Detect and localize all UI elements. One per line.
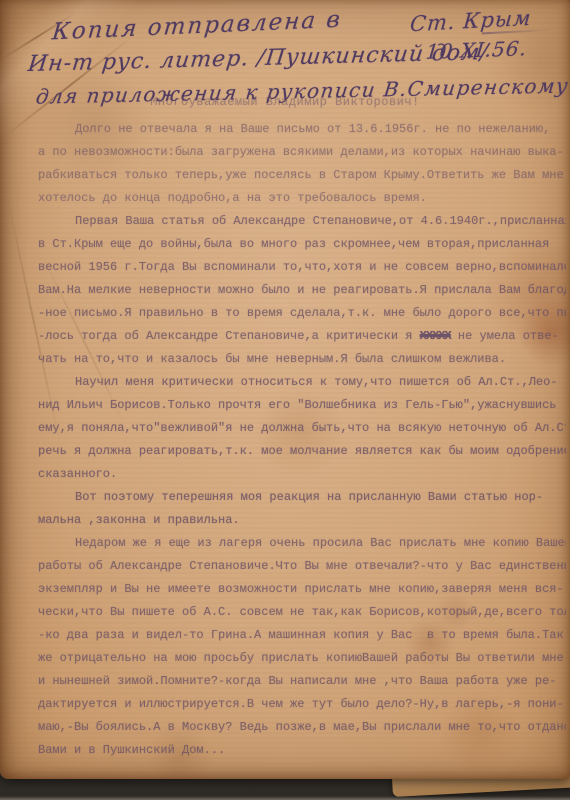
typed-line: Вами и в Пушкинский Дом... bbox=[38, 739, 566, 762]
typed-line: Научил меня критически относиться к тому… bbox=[38, 371, 566, 394]
typed-line: Вам.На мелкие неверности можно было и не… bbox=[38, 279, 566, 302]
scan-background: Копия отправлена в Ин-т рус. литер. /Пуш… bbox=[0, 0, 570, 800]
typed-line: мальна ,законна и правильна. bbox=[38, 509, 566, 532]
typed-body: Долго не отвечала я на Ваше письмо от 13… bbox=[38, 118, 566, 762]
paragraph-5: Недаром же я еще из лагеря очень просила… bbox=[38, 532, 566, 762]
typed-line: а по невозможности:была загружена всяким… bbox=[38, 141, 566, 164]
typed-line: -ко два раза и видел-то Грина.А машинная… bbox=[38, 624, 566, 647]
typed-line: чать на то,что и казалось бы мне неверны… bbox=[38, 348, 566, 371]
typed-line: Первая Ваша статья об Александре Степано… bbox=[38, 210, 566, 233]
letter-page: Копия отправлена в Ин-т рус. литер. /Пуш… bbox=[0, 0, 570, 779]
typed-line: речь я должна реагировать,т.к. мое молча… bbox=[38, 440, 566, 463]
typed-line: экземпляр и Вы не имеете возможности при… bbox=[38, 578, 566, 601]
typed-line: же отрицательно на мою просьбу прислать … bbox=[38, 647, 566, 670]
paragraph-2: Первая Ваша статья об Александре Степано… bbox=[38, 210, 566, 371]
scan-edge-highlight bbox=[0, 796, 570, 800]
paragraph-3: Научил меня критически относиться к тому… bbox=[38, 371, 566, 486]
typed-line: рабкиваться только теперь,уже поселясь в… bbox=[38, 164, 566, 187]
typed-line: маю,-Вы боялись.А в Москву? Ведь позже,в… bbox=[38, 716, 566, 739]
struck-out-word: ХХХХХ bbox=[420, 329, 451, 343]
salutation: Многоуважаемый Владимир Викторович! bbox=[0, 95, 570, 109]
typed-line: чески,что Вы пишете об А.С. совсем не та… bbox=[38, 601, 566, 624]
typed-line: нид Ильич Борисов.Только прочтя его "Вол… bbox=[38, 394, 566, 417]
typed-line: и нынешней зимой.Помните?-когда Вы напис… bbox=[38, 670, 566, 693]
typed-line: дактируется и иллюстрируется.В чем же ту… bbox=[38, 693, 566, 716]
paragraph-4: Вот поэтому теперешняя моя реакция на пр… bbox=[38, 486, 566, 532]
typed-line: Долго не отвечала я на Ваше письмо от 13… bbox=[38, 118, 566, 141]
handwritten-date: 10.XI.56. bbox=[425, 36, 529, 64]
typed-line: работы об Александре Степановиче.Что Вы … bbox=[38, 555, 566, 578]
typed-line: -ное письмо.Я правильно в то время сдела… bbox=[38, 302, 566, 325]
typed-line: Вот поэтому теперешняя моя реакция на пр… bbox=[38, 486, 566, 509]
typed-line: весной 1956 г.Тогда Вы вспоминали то,что… bbox=[38, 256, 566, 279]
handwritten-place: Ст. Крым bbox=[409, 6, 532, 37]
typed-line: в Ст.Крым еще до войны,была во много раз… bbox=[38, 233, 566, 256]
typed-line: сказанного. bbox=[38, 463, 566, 486]
typed-line: Недаром же я еще из лагеря очень просила… bbox=[38, 532, 566, 555]
typed-line: ему,я поняла,что"вежливой"я не должна бы… bbox=[38, 417, 566, 440]
typed-line: -лось тогда об Александре Степановиче,а … bbox=[38, 325, 566, 348]
paragraph-1: Долго не отвечала я на Ваше письмо от 13… bbox=[38, 118, 566, 210]
typed-line: хотелось до конца подробно,а на это треб… bbox=[38, 187, 566, 210]
